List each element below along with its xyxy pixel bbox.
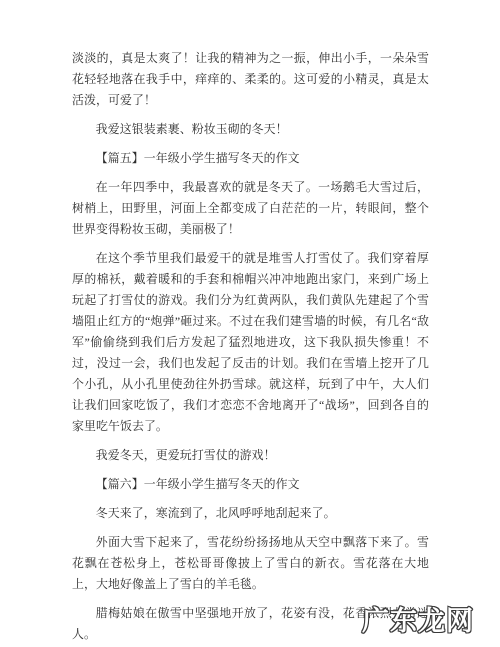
paragraph-winter-arrives: 冬天来了，寒流到了，北风呼呼地刮起来了。 [72,503,429,524]
section-heading-essay-5: 【篇五】一年级小学生描写冬天的作文 [72,148,429,169]
paragraph-continuation: 淡淡的，真是太爽了！让我的精神为之一振，伸出小手，一朵朵雪花轻轻地落在我手中，痒… [72,48,429,111]
site-watermark-logo: 广东龙网 [362,599,474,638]
paragraph-snow-falling: 外面大雪下起来了，雪花纷纷扬扬地从天空中飘落下来了。雪花飘在苍松身上，苍松哥哥像… [72,532,429,595]
paragraph-four-seasons: 在一年四季中，我最喜欢的就是冬天了。一场鹅毛大雪过后，树梢上，田野里，河面上全都… [72,177,429,240]
paragraph-snowball-fight: 在这个季节里我们最爱干的就是堆雪人打雪仗了。我们穿着厚厚的棉袄，戴着暖和的手套和… [72,248,429,437]
paragraph-love-winter-5: 我爱这银装素裹、粉妆玉砌的冬天！ [72,119,429,140]
section-heading-essay-6: 【篇六】一年级小学生描写冬天的作文 [72,474,429,495]
paragraph-love-winter-game: 我爱冬天，更爱玩打雪仗的游戏！ [72,445,429,466]
document-page: 淡淡的，真是太爽了！让我的精神为之一振，伸出小手，一朵朵雪花轻轻地落在我手中，痒… [72,48,429,647]
